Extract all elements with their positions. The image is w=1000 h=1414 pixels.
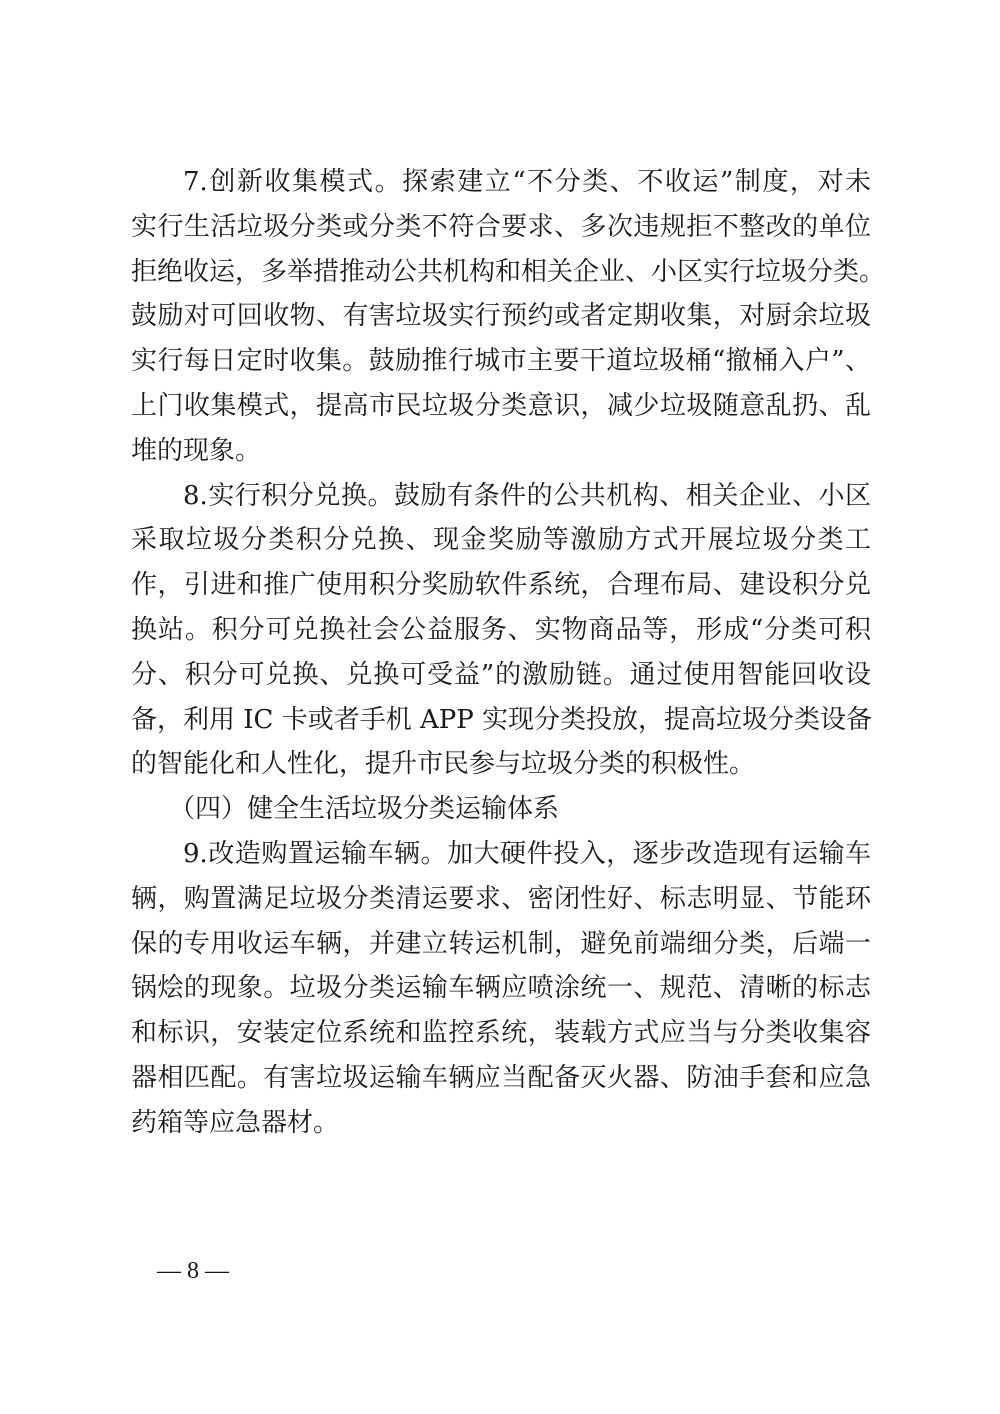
text-line: 9.改造购置运输车辆。加大硬件投入，逐步改造现有运输车 [131, 832, 871, 877]
text-line: 的智能化和人性化，提升市民参与垃圾分类的积极性。 [131, 742, 871, 787]
text-line: 保的专用收运车辆，并建立转运机制，避免前端细分类，后端一 [131, 922, 871, 967]
text-line: 辆，购置满足垃圾分类清运要求、密闭性好、标志明显、节能环 [131, 877, 871, 922]
text-line: 堆的现象。 [131, 429, 871, 474]
paragraph-8: 8.实行积分兑换。鼓励有条件的公共机构、相关企业、小区 采取垃圾分类积分兑换、现… [131, 474, 871, 788]
section-heading-4: （四）健全生活垃圾分类运输体系 [131, 787, 871, 832]
text-line: 药箱等应急器材。 [131, 1101, 871, 1146]
section-heading-text: （四）健全生活垃圾分类运输体系 [131, 787, 871, 832]
text-line: 作，引进和推广使用积分奖励软件系统，合理布局、建设积分兑 [131, 563, 871, 608]
text-line: 采取垃圾分类积分兑换、现金奖励等激励方式开展垃圾分类工 [131, 518, 871, 563]
text-line: 8.实行积分兑换。鼓励有条件的公共机构、相关企业、小区 [131, 474, 871, 519]
text-line: 换站。积分可兑换社会公益服务、实物商品等，形成“分类可积 [131, 608, 871, 653]
text-line: 上门收集模式，提高市民垃圾分类意识，减少垃圾随意乱扔、乱 [131, 384, 871, 429]
text-line: 分、积分可兑换、兑换可受益”的激励链。通过使用智能回收设 [131, 653, 871, 698]
text-line: 器相匹配。有害垃圾运输车辆应当配备灭火器、防油手套和应急 [131, 1056, 871, 1101]
document-page-body: 7.创新收集模式。探索建立“不分类、不收运”制度，对未 实行生活垃圾分类或分类不… [131, 160, 871, 1146]
text-line: 实行生活垃圾分类或分类不符合要求、多次违规拒不整改的单位 [131, 205, 871, 250]
text-line: 实行每日定时收集。鼓励推行城市主要干道垃圾桶“撤桶入户”、 [131, 339, 871, 384]
text-line: 锅烩的现象。垃圾分类运输车辆应喷涂统一、规范、清晰的标志 [131, 966, 871, 1011]
text-line: 备，利用 IC 卡或者手机 APP 实现分类投放，提高垃圾分类设备 [131, 698, 871, 743]
page-number: — 8 — [157, 1258, 229, 1285]
paragraph-9: 9.改造购置运输车辆。加大硬件投入，逐步改造现有运输车 辆，购置满足垃圾分类清运… [131, 832, 871, 1146]
text-line: 7.创新收集模式。探索建立“不分类、不收运”制度，对未 [131, 160, 871, 205]
text-line: 和标识，安装定位系统和监控系统，装载方式应当与分类收集容 [131, 1011, 871, 1056]
text-line: 鼓励对可回收物、有害垃圾实行预约或者定期收集，对厨余垃圾 [131, 294, 871, 339]
paragraph-7: 7.创新收集模式。探索建立“不分类、不收运”制度，对未 实行生活垃圾分类或分类不… [131, 160, 871, 474]
text-line: 拒绝收运，多举措推动公共机构和相关企业、小区实行垃圾分类。 [131, 250, 871, 295]
